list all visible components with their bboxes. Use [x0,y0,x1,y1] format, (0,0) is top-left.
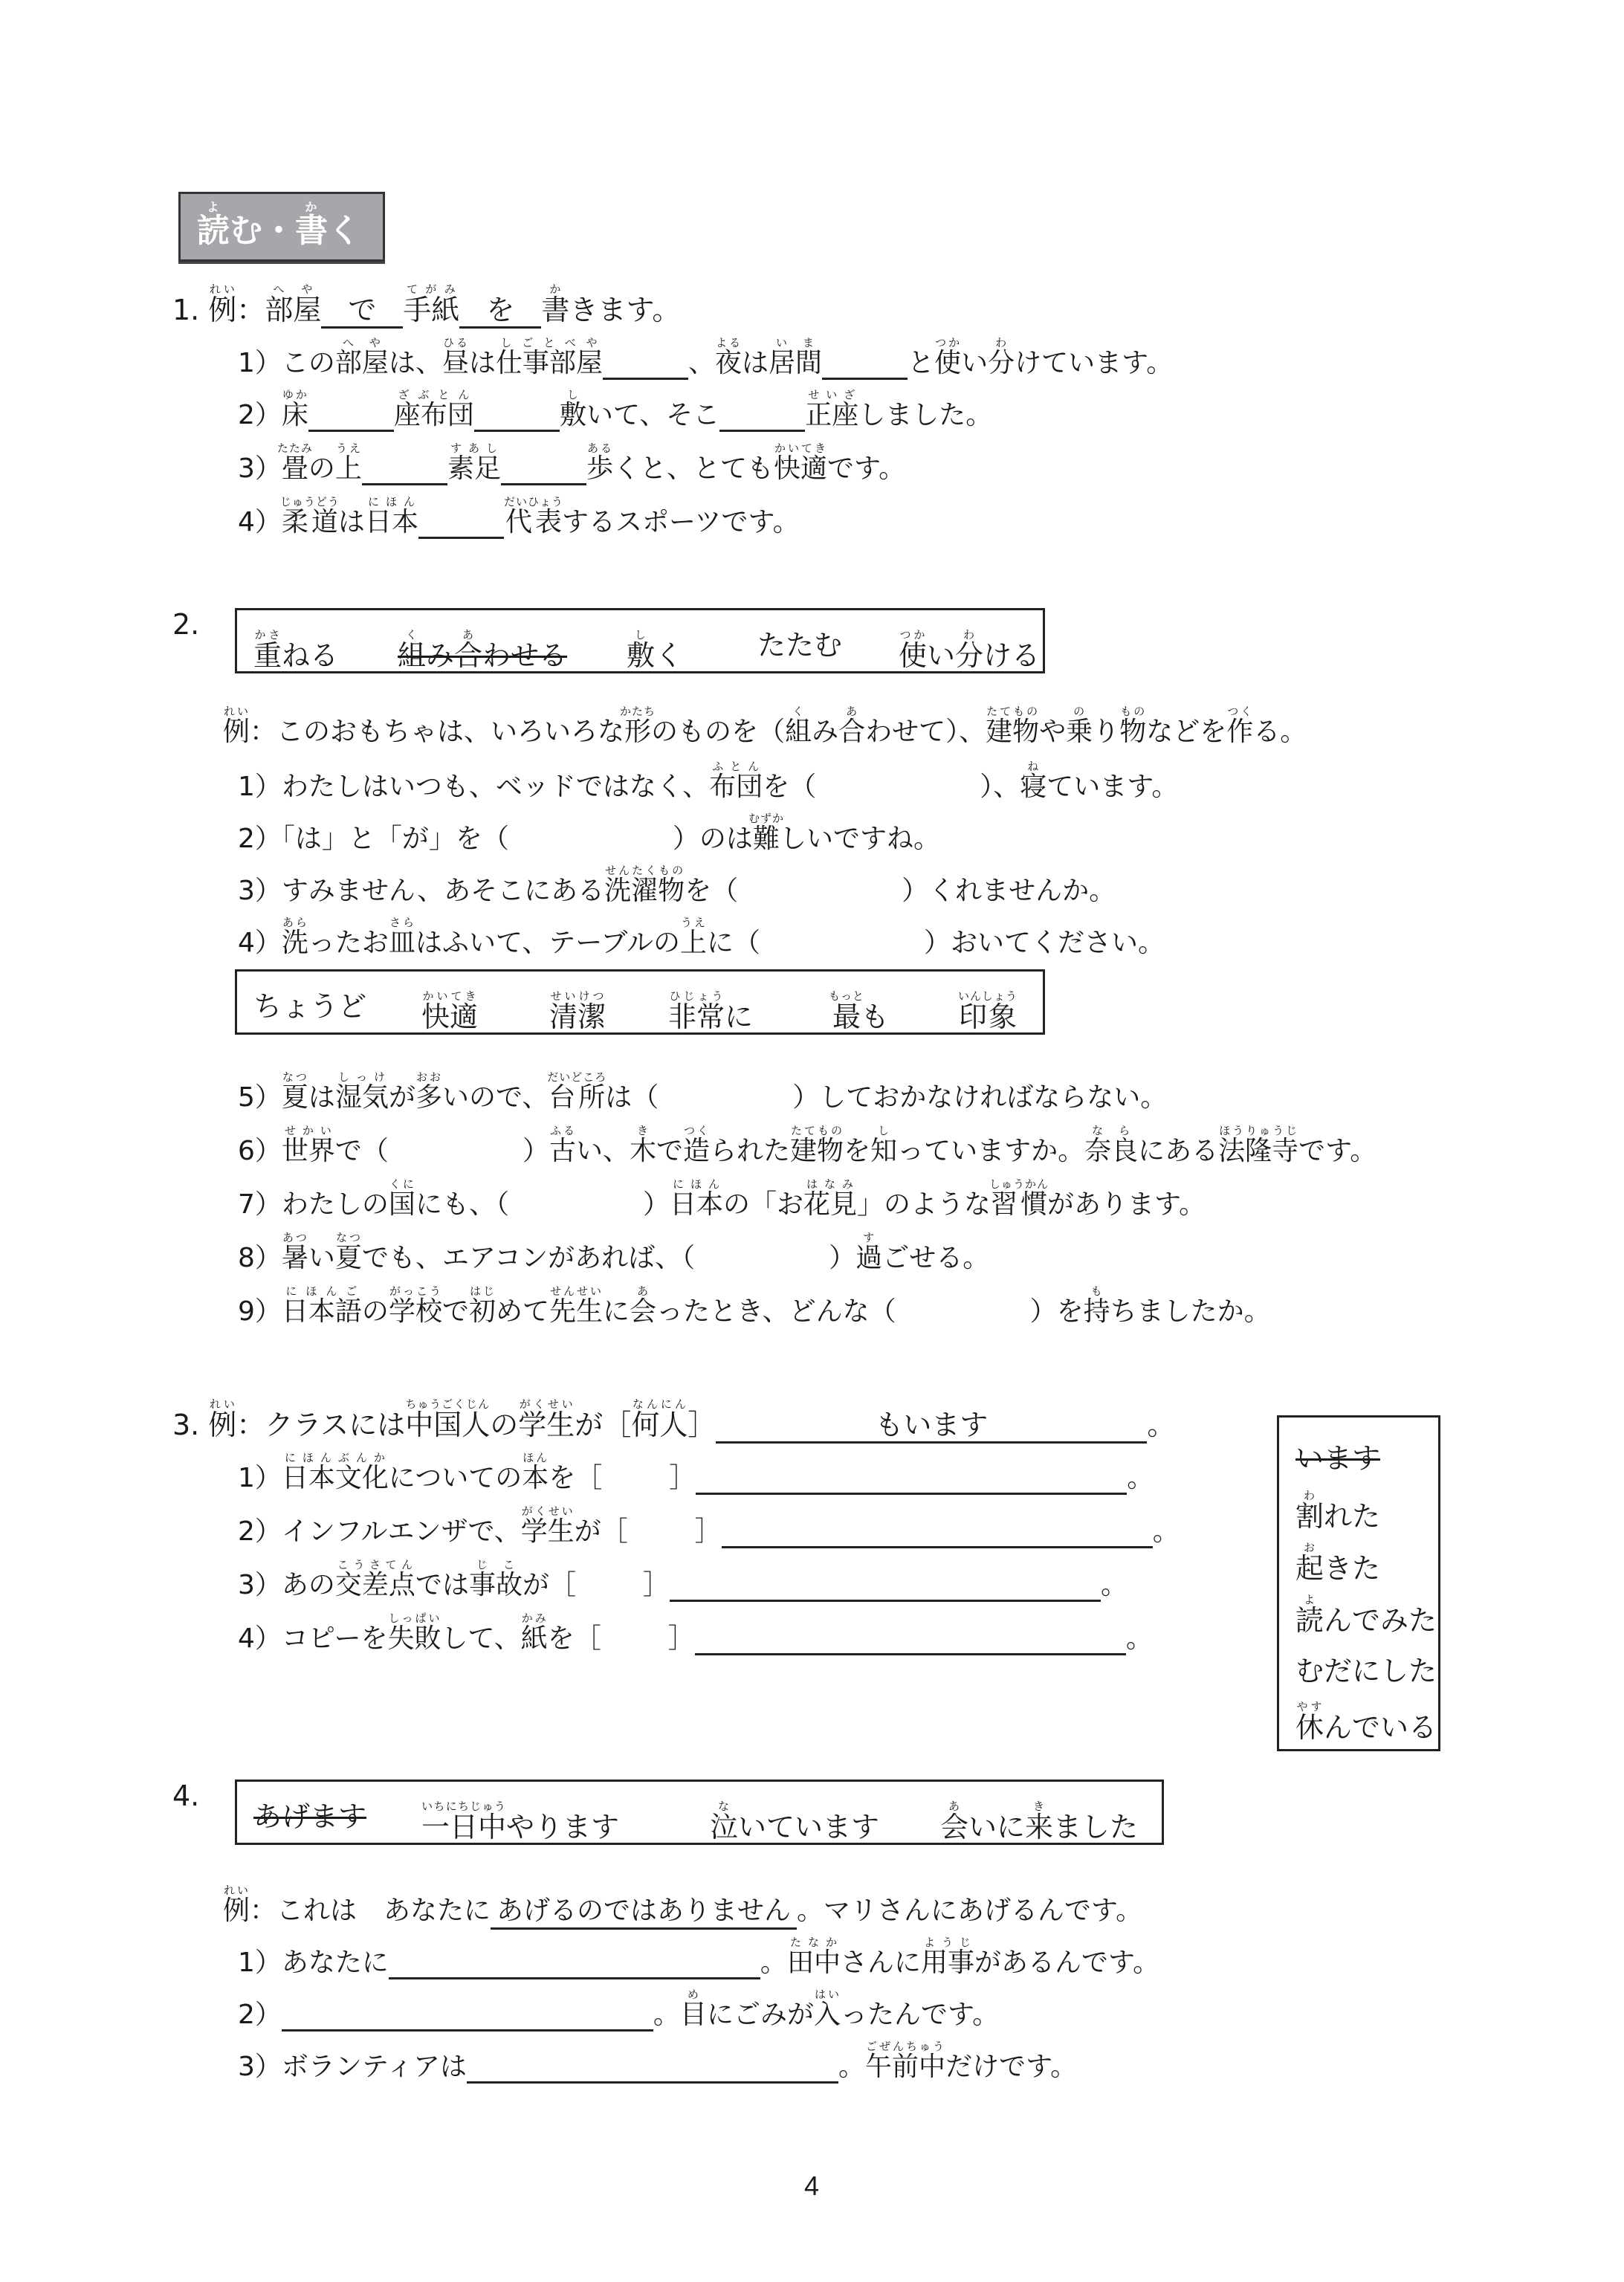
word-option-used: います [1295,1441,1380,1475]
blank[interactable] [362,453,447,485]
q4-item-2: 2）。目めにごみが入はいったんです。 [238,1988,999,2032]
answer-line[interactable] [670,1570,1101,1602]
answer-line[interactable] [722,1516,1153,1548]
q2-item-7: 7）わたしの国くににも、（）日本にほんの「お花見はなみ」のような習慣しゅうかんが… [238,1177,1206,1221]
q2-item-3: 3）すみません、あそこにある洗濯物せんたくものを（）くれませんか。 [238,864,1116,908]
q3-example: 3. 例れい：クラスには中国人ちゅうごくじんの学生がくせいが［何人なんにん］もい… [172,1397,1175,1444]
q4-example: 例れい：これは あなたにあげるのではありません。マリさんにあげるんです。 [223,1884,1142,1930]
blank[interactable] [474,400,560,432]
word-option: たたむ [757,628,842,662]
q2-item-1: 1）わたしはいつも、ベッドではなく、布団ふとんを（）、寝ねています。 [238,760,1178,804]
word-option: 重かさねる [253,628,338,673]
q3-item-3: 3）あの交差点こうさてんでは事故じこが［］。 [238,1558,1128,1602]
q2-item-8: 8）暑あつい夏なつでも、エアコンがあれば、（）過すごせる。 [238,1231,989,1275]
q1-item-1: 1）この部屋へやは、昼ひるは仕事部屋しごとべや、夜よるは居間いまと使つかい分わけ… [238,336,1173,380]
word-option: むだにした [1295,1654,1437,1688]
word-option: 起おきた [1295,1541,1380,1586]
q3-side-word-box: います 割われた 起おきた 読よんでみた むだにした 休やすんでいる [1277,1415,1440,1751]
word-option: 非常ひじょうに [668,989,753,1034]
word-option-used: 組くみ合あわせる [398,628,567,673]
word-option-used: あげます [253,1800,366,1834]
word-option: 割われた [1295,1489,1380,1533]
q3-item-4: 4）コピーを失敗しっぱいして、紙かみを［］。 [238,1612,1153,1655]
blank[interactable] [501,453,586,485]
q2-item-2: 2）「は」と「が」を（）のは難むずかしいですね。 [238,812,940,856]
q2-item-9: 9）日本語にほんごの学校がっこうで初はじめて先生せんせいに会あったとき、どんな（… [238,1284,1271,1328]
q1-example: 1. 例れい：部屋へやで手紙てがみを書かきます。 [172,282,680,329]
q4-item-3: 3）ボランティアは。午前中ごぜんちゅうだけです。 [238,2040,1077,2084]
q2-item-5: 5）夏なつは湿気しっけが多おおいので、台所だいどころは（）しておかなければならな… [238,1070,1167,1114]
blank[interactable] [822,348,908,380]
word-option: 休やすんでいる [1295,1700,1437,1745]
answer-line[interactable] [389,1948,760,1979]
q1-item-2: 2）床ゆか座布団ざぶとん敷しいて、そこ正座せいざしました。 [238,388,992,432]
word-option: ちょうど [253,989,366,1024]
blank[interactable] [603,348,688,380]
word-option: 会あいに来きました [940,1800,1138,1844]
q2-number: 2. [172,608,199,641]
word-option: 敷しく [627,628,683,673]
q2-word-box-2: ちょうど 快適かいてき 清潔せいけつ 非常ひじょうに 最もっとも 印象いんしょう [235,969,1045,1035]
q4-number: 4. [172,1780,199,1812]
q4-item-1: 1）あなたに。田中たなかさんに用事ようじがあるんです。 [238,1936,1159,1979]
answer-line[interactable] [696,1463,1127,1495]
word-option: 印象いんしょう [958,989,1018,1034]
q1-item-4: 4）柔道じゅうどうは日本にほん代表だいひょうするスポーツです。 [238,495,800,539]
q4-word-box: あげます 一日中いちにちじゅうやります 泣ないています 会あいに来きました [235,1780,1164,1845]
answer-line[interactable] [467,2052,838,2084]
word-option: 一日中いちにちじゅうやります [421,1800,619,1844]
q3-item-1: 1）日本文化にほんぶんかについての本ほんを［］。 [238,1451,1154,1495]
section-title: 読よむ・書かく [197,200,360,258]
word-option: 泣ないています [710,1800,879,1844]
q2-item-6: 6）世界せかいで（）古ふるい、木きで造つくられた建物たてものを知しっていますか。… [238,1124,1376,1168]
blank[interactable] [418,507,504,539]
section-title-box: 読よむ・書かく [178,192,385,262]
q2-word-box-1: 重かさねる 組くみ合あわせる 敷しく たたむ 使つかい分わける [235,608,1045,673]
q3-item-2: 2）インフルエンザで、学生がくせいが［］。 [238,1504,1180,1548]
q2-example: 例れい：このおもちゃは、いろいろな形かたちのものを（組くみ合あわせて）、建物たて… [223,705,1307,749]
answer-line[interactable] [695,1623,1126,1655]
word-option: 読よんでみた [1295,1593,1437,1638]
word-option: 使つかい分わける [899,628,1040,673]
word-option: 快適かいてき [421,989,478,1034]
example-answer: あげるのではありません [491,1895,797,1930]
word-option: 最もっとも [829,989,889,1034]
q2-item-4: 4）洗あらったお皿さらはふいて、テーブルの上うえに（）おいてください。 [238,916,1165,960]
blank[interactable] [719,400,805,432]
page-number: 4 [804,2171,819,2202]
example-answer: もいます [716,1409,1147,1444]
answer-line[interactable] [282,2000,653,2032]
word-option: 清潔せいけつ [549,989,606,1034]
blank[interactable] [308,400,394,432]
q1-item-3: 3）畳たたみの上うえ素足すあし歩あるくと、とても快適かいてきです。 [238,442,905,485]
